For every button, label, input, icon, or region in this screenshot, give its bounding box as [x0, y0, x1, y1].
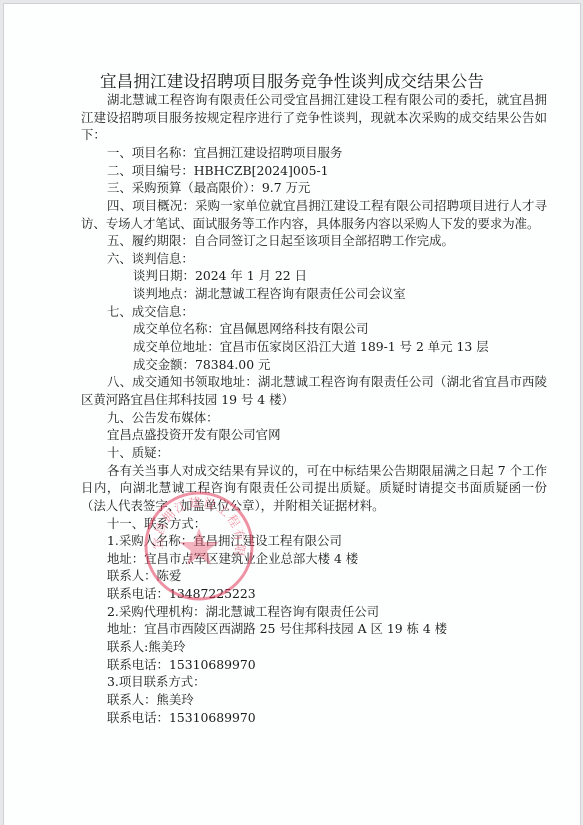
query-text: 各有关当事人对成交结果有异议的，可在中标结果公告期限届满之日起 7 个工作日内，…: [81, 462, 547, 515]
contact-header: 十一、联系方式：: [81, 515, 547, 533]
document-title: 宜昌拥江建设招聘项目服务竞争性谈判成交结果公告: [4, 68, 580, 92]
contact-3-title: 3.项目联系方式：: [81, 673, 547, 691]
deal-amount: 成交金额：78384.00 元: [81, 356, 547, 374]
contact-2-title: 2.采购代理机构：湖北慧诚工程咨询有限责任公司: [81, 603, 547, 621]
deal-company: 成交单位名称：宜昌佩恩网络科技有限公司: [81, 320, 547, 338]
contact-2-phone: 联系电话：15310689970: [81, 656, 547, 674]
contact-2-address: 地址：宜昌市西陵区西湖路 25 号住邦科技园 A 区 19 栋 4 楼: [81, 620, 547, 638]
negotiation-header: 六、谈判信息：: [81, 250, 547, 268]
contact-2-person: 联系人:熊美玲: [81, 638, 547, 656]
contact-1-phone: 联系电话：13487225223: [81, 585, 547, 603]
budget: 三、采购预算（最高限价）：9.7 万元: [81, 179, 547, 197]
document-page: 宜昌拥江建设招聘项目服务竞争性谈判成交结果公告 湖北慧诚工程咨询有限责任公司受宜…: [3, 3, 581, 825]
contract-term: 五、履约期限：自合同签订之日起至该项目全部招聘工作完成。: [81, 232, 547, 250]
intro-paragraph: 湖北慧诚工程咨询有限责任公司受宜昌拥江建设工程有限公司的委托，就宜昌拥江建设招聘…: [81, 91, 547, 144]
query-header: 十、质疑：: [81, 444, 547, 462]
negotiation-place: 谈判地点：湖北慧诚工程咨询有限责任公司会议室: [81, 285, 547, 303]
contact-3-person: 联系人：熊美玲: [81, 691, 547, 709]
document-body: 湖北慧诚工程咨询有限责任公司受宜昌拥江建设工程有限公司的委托，就宜昌拥江建设招聘…: [81, 91, 547, 726]
deal-address: 成交单位地址：宜昌市伍家岗区沿江大道 189-1 号 2 单元 13 层: [81, 338, 547, 356]
negotiation-date: 谈判日期：2024 年 1 月 22 日: [81, 267, 547, 285]
deal-header: 七、成交信息：: [81, 303, 547, 321]
contact-1-title: 1.采购人名称：宜昌拥江建设工程有限公司: [81, 532, 547, 550]
media-name: 宜昌点盛投资开发有限公司官网: [81, 426, 547, 444]
media-header: 九、公告发布媒体：: [81, 409, 547, 427]
project-overview: 四、项目概况：采购一家单位就宜昌拥江建设工程有限公司招聘项目进行人才寻访、专场人…: [81, 197, 547, 232]
contact-1-person: 联系人：陈爱: [81, 567, 547, 585]
project-number: 二、项目编号：HBHCZB[2024]005-1: [81, 162, 547, 180]
contact-3-phone: 联系电话：15310689970: [81, 709, 547, 727]
notice-address: 八、成交通知书领取地址：湖北慧诚工程咨询有限责任公司（湖北省宜昌市西陵区黄河路宜…: [81, 373, 547, 408]
contact-1-address: 地址：宜昌市点军区建筑业企业总部大楼 4 楼: [81, 550, 547, 568]
project-name: 一、项目名称：宜昌拥江建设招聘项目服务: [81, 144, 547, 162]
